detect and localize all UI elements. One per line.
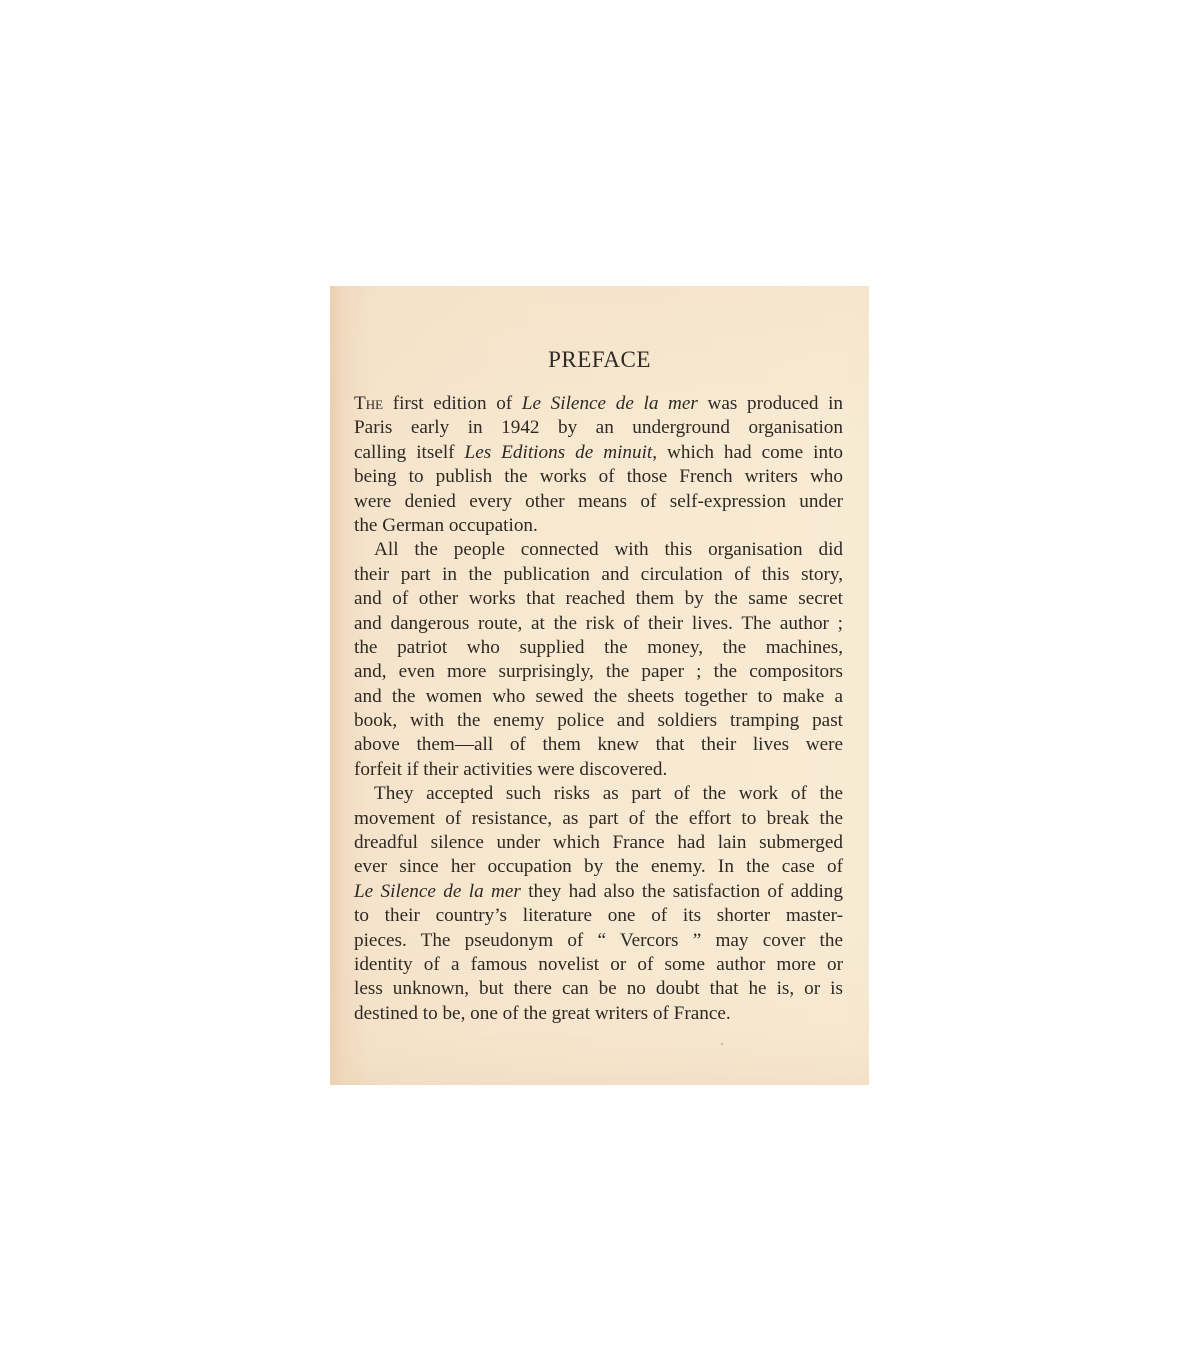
text-run: first edition of [383,393,522,414]
text-run: they had also the satisfaction of adding [521,881,843,902]
text-line: and dangerous route, at the risk of thei… [354,612,843,636]
text-run: their part in the publication and circul… [354,564,843,585]
text-run: Paris early in 1942 by an underground or… [354,417,843,438]
text-run: and of other works that reached them by … [354,588,843,609]
text-line: above them—all of them knew that their l… [354,733,843,757]
text-line: They accepted such risks as part of the … [354,782,843,806]
text-line: destined to be, one of the great writers… [354,1002,843,1026]
text-run: the German occupation. [354,515,538,536]
text-line: to their country’s literature one of its… [354,904,843,928]
italic-title: Le Silence de la mer [522,393,698,414]
text-line: forfeit if their activities were discove… [354,758,843,782]
text-run: identity of a famous novelist or of some… [354,954,843,975]
text-line: Le Silence de la mer they had also the s… [354,880,843,904]
text-run: above them—all of them knew that their l… [354,734,843,755]
text-line: identity of a famous novelist or of some… [354,953,843,977]
text-run: ever since her occupation by the enemy. … [354,856,843,877]
preface-body: The first edition of Le Silence de la me… [354,392,843,1026]
text-run: less unknown, but there can be no doubt … [354,978,843,999]
text-line: the German occupation. [354,514,843,538]
paper-speck [721,1043,723,1045]
text-run: and the women who sewed the sheets toget… [354,686,843,707]
text-run: the patriot who supplied the money, the … [354,637,843,658]
text-line: and the women who sewed the sheets toget… [354,685,843,709]
text-run: pieces. The pseudonym of “ Vercors ” may… [354,930,843,951]
text-run: being to publish the works of those Fren… [354,466,843,487]
text-line: pieces. The pseudonym of “ Vercors ” may… [354,929,843,953]
text-run: calling itself [354,442,465,463]
text-run: dreadful silence under which France had … [354,832,843,853]
text-line: their part in the publication and circul… [354,563,843,587]
paragraph: The first edition of Le Silence de la me… [354,392,843,538]
text-line: Paris early in 1942 by an underground or… [354,416,843,440]
small-caps-text: The [354,393,383,414]
paragraph: They accepted such risks as part of the … [354,782,843,1026]
page-heading: PREFACE [330,347,869,373]
text-run: forfeit if their activities were discove… [354,759,667,780]
text-run: were denied every other means of self-ex… [354,491,843,512]
text-line: calling itself Les Editions de minuit, w… [354,441,843,465]
text-line: and, even more surprisingly, the paper ;… [354,660,843,684]
text-line: less unknown, but there can be no doubt … [354,977,843,1001]
text-line: being to publish the works of those Fren… [354,465,843,489]
text-run: and dangerous route, at the risk of thei… [354,613,843,634]
text-run: All the people connected with this organ… [374,539,843,560]
paragraph: All the people connected with this organ… [354,538,843,782]
text-line: dreadful silence under which France had … [354,831,843,855]
text-run: was produced in [698,393,843,414]
text-run: destined to be, one of the great writers… [354,1003,731,1024]
italic-title: Le Silence de la mer [354,881,521,902]
text-line: All the people connected with this organ… [354,538,843,562]
text-run: to their country’s literature one of its… [354,905,843,926]
text-run: , which had come into [652,442,843,463]
text-run: and, even more surprisingly, the paper ;… [354,661,843,682]
text-line: and of other works that reached them by … [354,587,843,611]
text-run: movement of resistance, as part of the e… [354,808,843,829]
text-run: book, with the enemy police and soldiers… [354,710,843,731]
text-line: book, with the enemy police and soldiers… [354,709,843,733]
italic-title: Les Editions de minuit [465,442,653,463]
text-line: were denied every other means of self-ex… [354,490,843,514]
text-run: They accepted such risks as part of the … [374,783,843,804]
text-line: The first edition of Le Silence de la me… [354,392,843,416]
book-page: PREFACE The first edition of Le Silence … [330,286,869,1085]
text-line: the patriot who supplied the money, the … [354,636,843,660]
text-line: movement of resistance, as part of the e… [354,807,843,831]
text-line: ever since her occupation by the enemy. … [354,855,843,879]
